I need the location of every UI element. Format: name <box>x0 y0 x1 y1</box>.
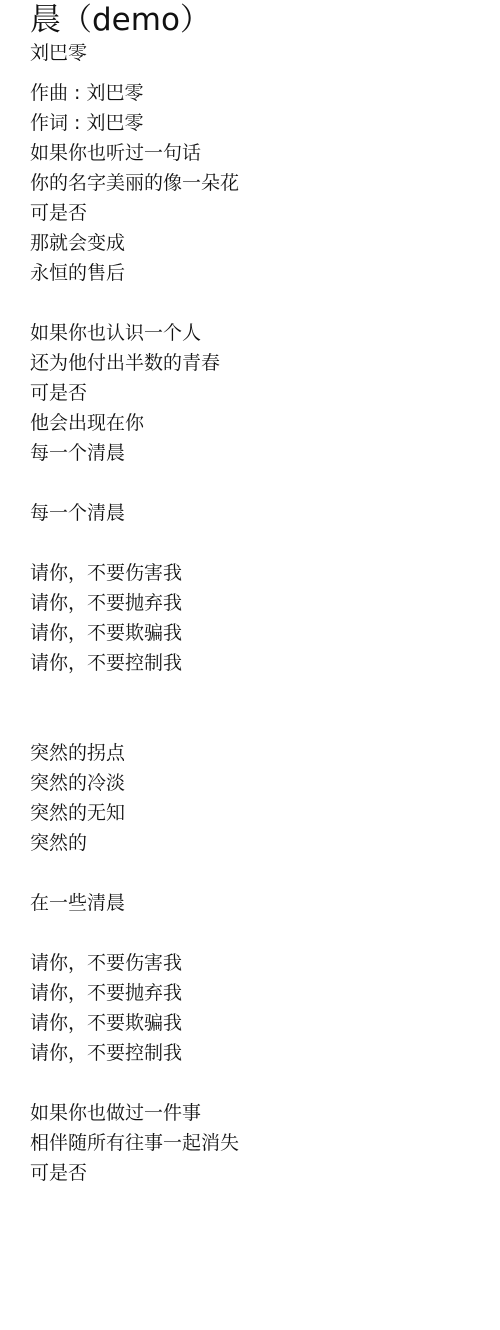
lyric-line: 作曲 : 刘巴零 <box>30 78 239 108</box>
lyric-line: 每一个清晨 <box>30 498 239 528</box>
lyric-line: 突然的 <box>30 828 239 858</box>
lyrics-list: 作曲 : 刘巴零 作词 : 刘巴零 如果你也听过一句话 你的名字美丽的像一朵花 … <box>30 78 239 1188</box>
lyric-line: 相伴随所有往事一起消失 <box>30 1128 239 1158</box>
lyric-line-blank <box>30 918 239 948</box>
lyrics-page: 晨（demo） 刘巴零 作曲 : 刘巴零 作词 : 刘巴零 如果你也听过一句话 … <box>0 0 500 1330</box>
lyric-line: 作词 : 刘巴零 <box>30 108 239 138</box>
lyric-line: 突然的无知 <box>30 798 239 828</box>
lyric-line-blank <box>30 678 239 708</box>
lyric-line: 在一些清晨 <box>30 888 239 918</box>
lyric-line-blank <box>30 468 239 498</box>
lyric-line: 突然的拐点 <box>30 738 239 768</box>
lyric-line-blank <box>30 858 239 888</box>
song-title: 晨（demo） <box>30 0 211 40</box>
lyric-line: 可是否 <box>30 198 239 228</box>
lyric-line: 永恒的售后 <box>30 258 239 288</box>
lyric-line: 如果你也做过一件事 <box>30 1098 239 1128</box>
lyric-line: 请你，不要伤害我 <box>30 948 239 978</box>
lyric-line: 如果你也认识一个人 <box>30 318 239 348</box>
lyric-line: 请你，不要控制我 <box>30 648 239 678</box>
lyric-line: 请你，不要控制我 <box>30 1038 239 1068</box>
lyric-line-blank <box>30 1068 239 1098</box>
lyric-line-blank <box>30 708 239 738</box>
lyric-line: 请你，不要欺骗我 <box>30 1008 239 1038</box>
lyric-line: 你的名字美丽的像一朵花 <box>30 168 239 198</box>
lyric-line: 可是否 <box>30 378 239 408</box>
lyric-line: 还为他付出半数的青春 <box>30 348 239 378</box>
lyric-line: 可是否 <box>30 1158 239 1188</box>
lyric-line-blank <box>30 288 239 318</box>
lyric-line: 他会出现在你 <box>30 408 239 438</box>
lyric-line: 请你，不要伤害我 <box>30 558 239 588</box>
lyric-line: 每一个清晨 <box>30 438 239 468</box>
lyric-line-blank <box>30 528 239 558</box>
lyric-line: 请你，不要抛弃我 <box>30 588 239 618</box>
song-artist: 刘巴零 <box>30 38 87 68</box>
lyric-line: 请你，不要抛弃我 <box>30 978 239 1008</box>
lyric-line: 突然的冷淡 <box>30 768 239 798</box>
lyric-line: 请你，不要欺骗我 <box>30 618 239 648</box>
lyric-line: 如果你也听过一句话 <box>30 138 239 168</box>
lyric-line: 那就会变成 <box>30 228 239 258</box>
